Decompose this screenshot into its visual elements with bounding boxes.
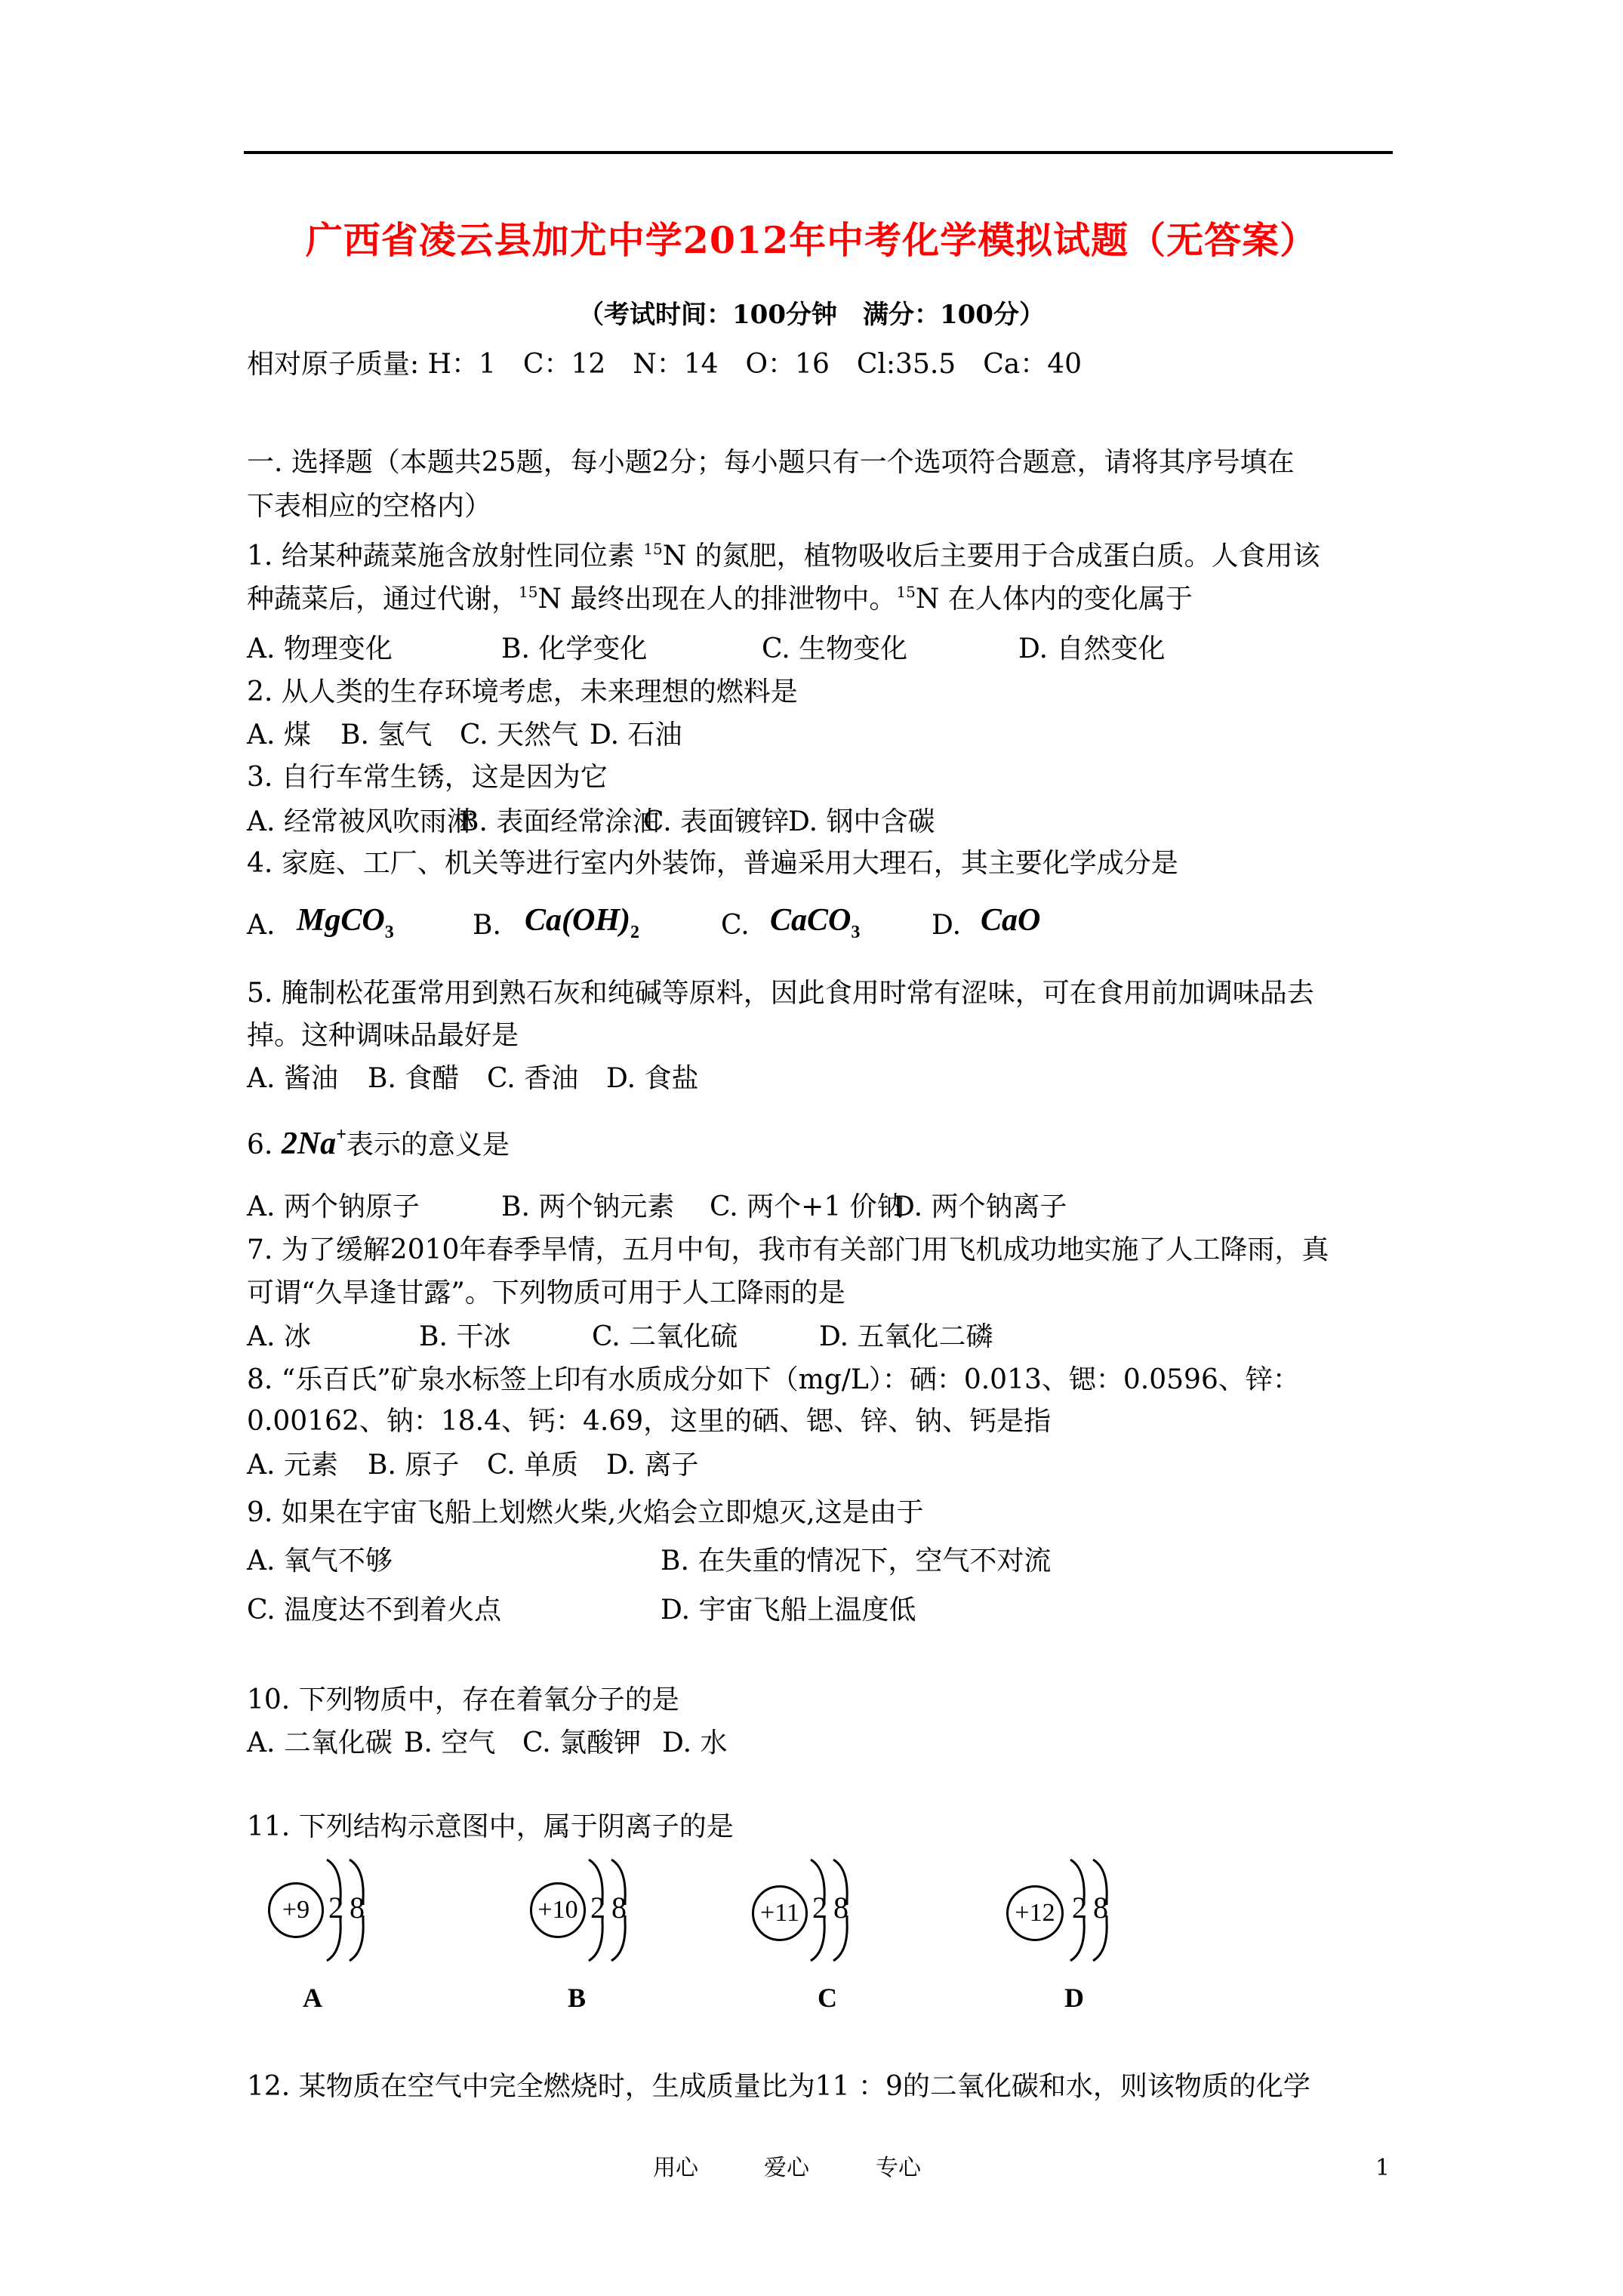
q4-option-c-formula: CaCO3: [770, 903, 860, 938]
shell-1-electrons: 2: [812, 1893, 827, 1923]
diagram-label-d: D: [1064, 1982, 1084, 2014]
shell-2-electrons: 8: [833, 1893, 848, 1923]
q10-option-d: D. 水: [662, 1726, 727, 1761]
question-7-stem-cont: 可谓“久旱逢甘露”。下列物质可用于人工降雨的是: [247, 1276, 845, 1311]
q3-option-a: A. 经常被风吹雨淋: [247, 805, 474, 840]
q4-option-c-letter: C.: [721, 908, 750, 943]
diagram-label-b: B: [568, 1982, 586, 2014]
atom-diagram-a: +9 2 8: [268, 1854, 419, 1967]
question-1-stem-cont: 种蔬菜后，通过代谢，15N 最终出现在人的排泄物中。15N 在人体内的变化属于: [247, 582, 1193, 617]
q8-option-d: D. 离子: [606, 1448, 698, 1483]
section-heading: 一. 选择题（本题共25题，每小题2分；每小题只有一个选项符合题意，请将其序号填…: [247, 445, 1295, 480]
exam-info: （考试时间：100分钟 满分：100分）: [0, 298, 1623, 331]
nucleus-circle: +11: [752, 1885, 808, 1941]
q4-option-d-letter: D.: [932, 908, 961, 943]
q8-option-a: A. 元素: [247, 1448, 338, 1483]
diagram-label-a: A: [303, 1982, 322, 2014]
question-3-stem: 3. 自行车常生锈，这是因为它: [247, 760, 608, 795]
q9-option-d: D. 宇宙飞船上温度低: [661, 1593, 916, 1628]
atomic-masses: 相对原子质量: H：1 C：12 N：14 O：16 Cl:35.5 Ca：40: [247, 347, 1082, 382]
nucleus-circle: +9: [268, 1882, 324, 1938]
question-9-stem: 9. 如果在宇宙飞船上划燃火柴,火焰会立即熄灭,这是由于: [247, 1496, 924, 1530]
q2-option-b: B. 氢气: [340, 718, 432, 753]
q5-option-a: A. 酱油: [247, 1062, 338, 1096]
atom-diagram-b: +10 2 8: [530, 1854, 681, 1967]
shell-1-electrons: 2: [590, 1893, 605, 1923]
q8-option-b: B. 原子: [368, 1448, 459, 1483]
question-4-stem: 4. 家庭、工厂、机关等进行室内外装饰，普遍采用大理石，其主要化学成分是: [247, 846, 1178, 881]
q10-option-c: C. 氯酸钾: [522, 1726, 641, 1761]
q1-option-a: A. 物理变化: [247, 632, 393, 667]
q10-option-b: B. 空气: [404, 1726, 495, 1761]
q9-option-c: C. 温度达不到着火点: [247, 1593, 501, 1628]
question-8-stem-cont: 0.00162、钠：18.4、钙：4.69，这里的硒、锶、锌、钠、钙是指: [247, 1404, 1051, 1439]
shell-1-electrons: 2: [328, 1893, 343, 1923]
q5-option-b: B. 食醋: [368, 1062, 459, 1096]
q1-option-b: B. 化学变化: [501, 632, 647, 667]
question-2-stem: 2. 从人类的生存环境考虑，未来理想的燃料是: [247, 675, 798, 710]
q2-option-c: C. 天然气: [460, 718, 578, 753]
q7-option-c: C. 二氧化硫: [592, 1320, 738, 1354]
question-8-stem: 8. “乐百氏”矿泉水标签上印有水质成分如下（mg/L）：硒：0.013、锶：0…: [247, 1363, 1300, 1398]
question-6-stem: 6. 2Na+表示的意义是: [247, 1126, 510, 1163]
q1-option-d: D. 自然变化: [1018, 632, 1165, 667]
q5-option-c: C. 香油: [487, 1062, 578, 1096]
q7-option-b: B. 干冰: [419, 1320, 510, 1354]
footer-motto-3: 专心: [876, 2153, 921, 2184]
q9-option-b: B. 在失重的情况下，空气不对流: [661, 1544, 1051, 1579]
q4-option-b-letter: B.: [473, 908, 501, 943]
section-heading-cont: 下表相应的空格内）: [247, 489, 491, 524]
q4-option-d-formula: CaO: [981, 903, 1040, 938]
q6-option-d: D. 两个钠离子: [893, 1190, 1067, 1225]
question-12-stem: 12. 某物质在空气中完全燃烧时，生成质量比为11 ：9的二氧化碳和水，则该物质…: [247, 2069, 1310, 2104]
question-7-stem: 7. 为了缓解2010年春季旱情，五月中旬，我市有关部门用飞机成功地实施了人工降…: [247, 1233, 1329, 1268]
q6-option-c: C. 两个+1 价钠: [710, 1190, 904, 1225]
shell-2-electrons: 8: [350, 1893, 365, 1923]
nucleus-circle: +10: [530, 1882, 586, 1938]
question-5-stem-cont: 掉。这种调味品最好是: [247, 1019, 519, 1053]
question-10-stem: 10. 下列物质中，存在着氧分子的是: [247, 1683, 679, 1718]
footer-motto-1: 用心: [653, 2153, 698, 2184]
page-number: 1: [1375, 2153, 1390, 2184]
question-11-stem: 11. 下列结构示意图中，属于阴离子的是: [247, 1810, 734, 1845]
q2-option-a: A. 煤: [247, 718, 311, 753]
q6-option-b: B. 两个钠元素: [501, 1190, 674, 1225]
nucleus-circle: +12: [1006, 1885, 1064, 1941]
header-rule: [244, 151, 1393, 154]
q3-option-d: D. 钢中含碳: [788, 805, 935, 840]
q3-option-c: C. 表面镀锌: [643, 805, 789, 840]
document-title: 广西省凌云县加尤中学2012年中考化学模拟试题（无答案）: [0, 217, 1623, 263]
atom-diagram-c: +11 2 8: [752, 1854, 903, 1967]
atom-diagram-d: +12 2 8: [1006, 1854, 1157, 1967]
question-5-stem: 5. 腌制松花蛋常用到熟石灰和纯碱等原料，因此食用时常有涩味，可在食用前加调味品…: [247, 976, 1314, 1011]
q9-option-a: A. 氧气不够: [247, 1544, 393, 1579]
diagram-label-c: C: [818, 1982, 837, 2014]
question-1-stem: 1. 给某种蔬菜施含放射性同位素 15N 的氮肥，植物吸收后主要用于合成蛋白质。…: [247, 539, 1320, 574]
shell-1-electrons: 2: [1072, 1893, 1087, 1923]
q2-option-d: D. 石油: [590, 718, 682, 753]
q5-option-d: D. 食盐: [606, 1062, 698, 1096]
shell-2-electrons: 8: [1093, 1893, 1108, 1923]
q4-option-a-letter: A.: [247, 908, 275, 943]
shell-2-electrons: 8: [611, 1893, 627, 1923]
q4-option-a-formula: MgCO3: [297, 903, 394, 938]
q7-option-a: A. 冰: [247, 1320, 311, 1354]
q6-option-a: A. 两个钠原子: [247, 1190, 420, 1225]
q7-option-d: D. 五氧化二磷: [819, 1320, 993, 1354]
q3-option-b: B. 表面经常涂油: [459, 805, 659, 840]
q1-option-c: C. 生物变化: [762, 632, 907, 667]
footer-motto-2: 爱心: [764, 2153, 809, 2184]
q10-option-a: A. 二氧化碳: [247, 1726, 393, 1761]
q4-option-b-formula: Ca(OH)2: [525, 903, 639, 938]
q6-formula: 2Na+: [282, 1126, 346, 1161]
q8-option-c: C. 单质: [487, 1448, 578, 1483]
